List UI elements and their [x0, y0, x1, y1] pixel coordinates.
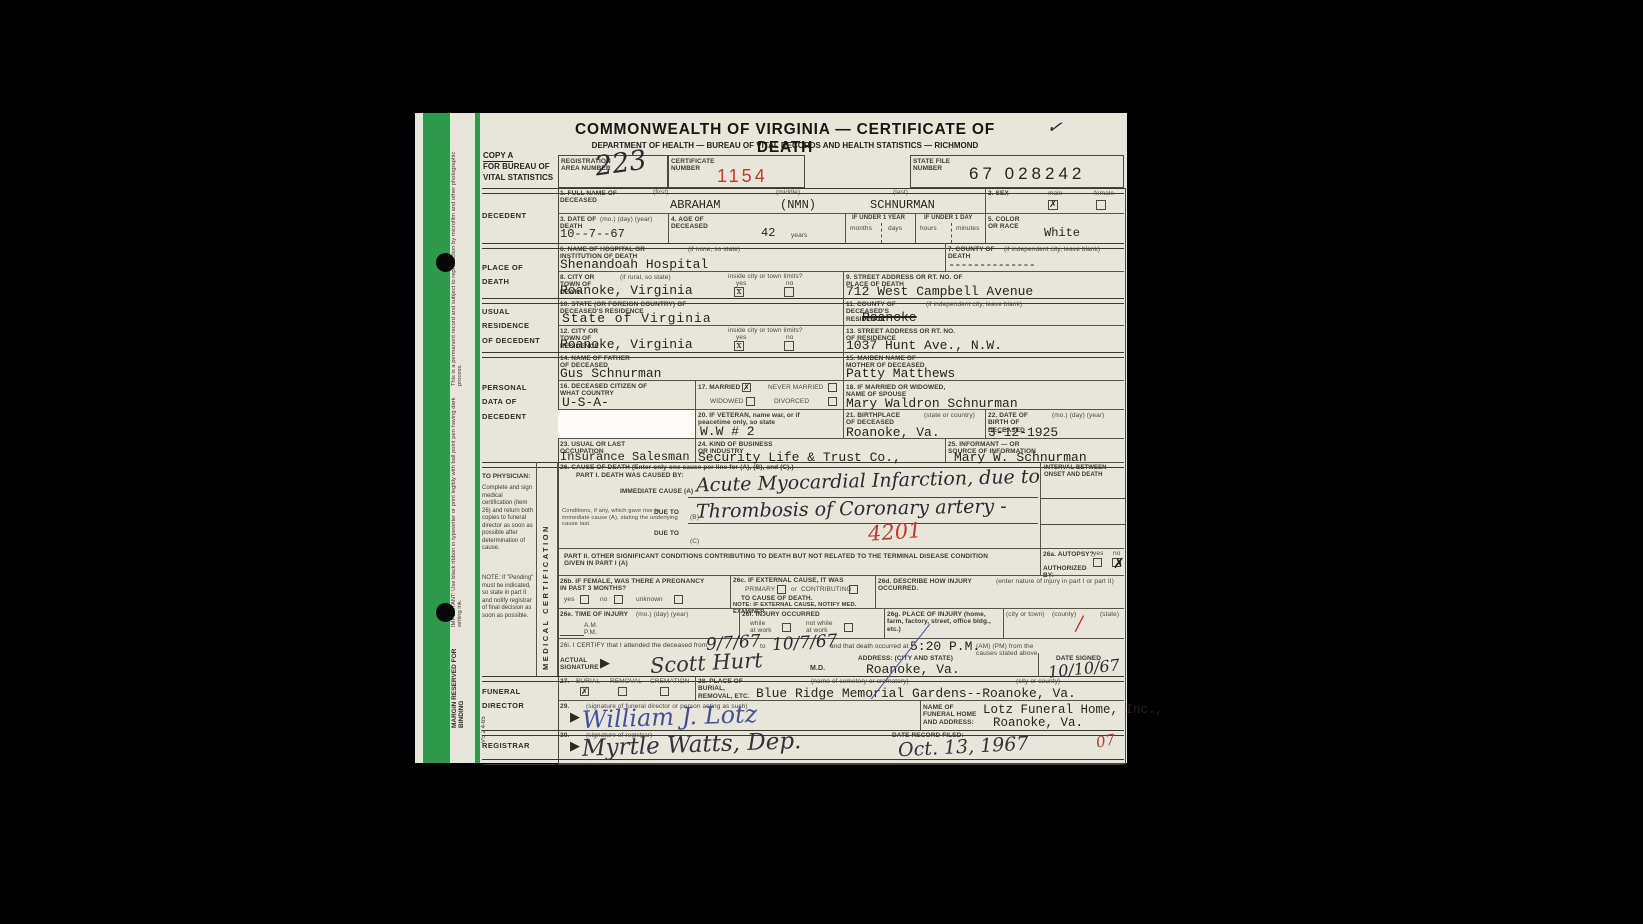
field-external-cause: 26c. IF EXTERNAL CAUSE, IT WAS PRIMARY o… — [730, 575, 875, 608]
interval-rule-2 — [1041, 524, 1125, 525]
county-of-death-hint: (if independent city, leave blank) — [1004, 246, 1100, 253]
married-checkbox: ✗ — [742, 383, 751, 392]
citizen-value: U-S-A- — [562, 395, 609, 410]
under-1-day-label: IF UNDER 1 DAY — [924, 215, 973, 222]
part2-label: PART II. OTHER SIGNIFICANT CONDITIONS CO… — [564, 553, 1004, 568]
never-married-label: NEVER MARRIED — [768, 384, 823, 391]
state-file-label: STATE FILE NUMBER — [913, 158, 953, 173]
widowed-checkbox — [746, 397, 755, 406]
field-occupation: 23. USUAL OR LAST OCCUPATION Insurance S… — [558, 438, 695, 462]
burial-label: BURIAL — [576, 678, 600, 685]
county-residence-hint: (if independent city, leave blank) — [926, 301, 1022, 308]
side-place-1: PLACE OF — [482, 263, 523, 272]
copy-a-sub: FOR BUREAU OF VITAL STATISTICS — [483, 162, 558, 183]
autopsy-label: 26a. AUTOPSY? — [1043, 551, 1094, 558]
injury-occurred-label: 26f. INJURY OCCURRED — [742, 611, 820, 618]
autopsy-yes-label: yes — [1093, 550, 1103, 557]
margin-line2: IMPORTANT: Use black ribbon in typewrite… — [451, 387, 475, 626]
physician-address: Roanoke, Va. — [866, 662, 960, 677]
signature-arrow-icon: ▶ — [570, 709, 580, 725]
place-of-burial-value: Blue Ridge Memorial Gardens--Roanoke, Va… — [756, 686, 1076, 701]
registration-area-box: REGISTRATION AREA NUMBER 223 — [558, 155, 668, 188]
middle-hint: (middle) — [776, 189, 800, 196]
first-name-value: ABRAHAM — [670, 198, 720, 212]
middle-name-value: (NMN) — [780, 198, 816, 212]
funeral-home-name: Lotz Funeral Home, Inc., — [983, 703, 1163, 717]
field-under-1-day: IF UNDER 1 DAY hours minutes — [915, 213, 985, 243]
cause-line-b-value: Thrombosis of Coronary artery - — [696, 495, 1007, 522]
field-funeral-signature: 29. ▶ (signature of funeral director or … — [558, 700, 920, 730]
full-name-label: 1. FULL NAME OF DECEASED — [560, 190, 620, 205]
side-personal-2: DATA OF — [482, 397, 517, 406]
injury-city-label: (city or town) — [1006, 611, 1045, 618]
field-county-of-death: 7. COUNTY OF DEATH (if independent city,… — [945, 243, 1124, 271]
burial-checkbox: ✗ — [580, 687, 589, 696]
color-race-label: 5. COLOR OR RACE — [988, 216, 1023, 231]
binding-margin-text: MARGIN RESERVED FOR BINDING IMPORTANT: U… — [451, 148, 475, 728]
sex-male-checkbox: ✗ — [1048, 200, 1058, 210]
field-city-of-death: 8. CITY OR TOWN OF DEATH (if rural, so s… — [558, 271, 843, 298]
city-county-hint: (city or county) — [1016, 678, 1060, 685]
minutes-label: minutes — [956, 225, 979, 232]
place-of-burial-label: 28. PLACE OF BURIAL, REMOVAL, ETC. — [698, 678, 758, 700]
field-street-residence: 13. STREET ADDRESS OR RT. NO. OF RESIDEN… — [843, 325, 1124, 352]
mother-value: Patty Matthews — [846, 366, 955, 381]
first-hint: (first) — [653, 189, 669, 196]
side-funeral-1: FUNERAL — [482, 687, 521, 696]
binding-green-stripe — [423, 113, 450, 763]
injury-red-slash: / — [1076, 611, 1083, 635]
injury-state-label: (state) — [1100, 611, 1119, 618]
married-label: 17. MARRIED — [698, 384, 740, 391]
city-residence-value: Roanoke, Virginia — [560, 337, 693, 352]
side-res-1: USUAL — [482, 307, 510, 316]
actual-signature-label-2: SIGNATURE — [560, 664, 599, 671]
certify-to-date: 10/7/67 — [771, 631, 838, 656]
registrar-num: 30. — [560, 732, 569, 739]
time-of-injury-hints: (mo.) (day) (year) — [636, 611, 688, 618]
date-of-death-hints: (mo.) (day) (year) — [600, 216, 652, 223]
county-residence-value: Roanoke — [862, 310, 917, 325]
injury-description-hint: (enter nature of injury in part I or par… — [996, 578, 1121, 585]
widowed-label: WIDOWED — [710, 398, 744, 405]
while-at-work-checkbox — [782, 623, 791, 632]
time-rule — [560, 635, 584, 636]
time-of-injury-label: 26e. TIME OF INJURY — [560, 611, 628, 618]
conditions-note: Conditions, if any, which gave rise to i… — [562, 508, 680, 528]
medical-certification-label: MEDICAL CERTIFICATION — [541, 470, 550, 670]
state-residence-value: State of Virginia — [562, 311, 712, 326]
side-pending-note: NOTE: If "Pending" must be indicated, so… — [482, 575, 534, 620]
registration-area-value: 223 — [593, 145, 648, 183]
field-business: 24. KIND OF BUSINESS OR INDUSTRY Securit… — [695, 438, 945, 462]
sex-male-label: male — [1048, 190, 1063, 197]
signature-arrow-icon: ▶ — [600, 655, 610, 671]
injury-description-label: 26d. DESCRIBE HOW INJURY OCCURRED. — [878, 578, 988, 593]
field-disposal: 27. BURIAL ✗ REMOVAL CREMATION — [558, 676, 695, 700]
hospital-hint: (if none, so state) — [688, 246, 740, 253]
limits-yes-checkbox-2: x — [734, 341, 744, 351]
pregnancy-no-label: no — [600, 596, 607, 603]
field-marital-status: 17. MARRIED ✗ NEVER MARRIED WIDOWED DIVO… — [695, 380, 843, 409]
cremation-label: CREMATION — [650, 678, 689, 685]
field-place-of-burial: 28. PLACE OF BURIAL, REMOVAL, ETC. (name… — [695, 676, 1124, 700]
place-of-injury-label: 26g. PLACE OF INJURY (home, farm, factor… — [887, 611, 999, 633]
field-19-redacted — [558, 409, 695, 438]
pregnancy-yes-checkbox — [580, 595, 589, 604]
margin-line3: This is a permanent record and subject t… — [451, 148, 475, 386]
date-of-death-value: 10--7--67 — [560, 227, 625, 241]
or-label: or — [791, 586, 797, 593]
county-of-death-value: -------------- — [948, 258, 1035, 272]
side-personal-3: DECEDENT — [482, 412, 526, 421]
field-registrar-signature: 30. ▶ (signature of registrar) Myrtle Wa… — [558, 730, 1124, 759]
certify-tail: (AM) (PM) from the causes stated above — [976, 643, 1046, 658]
immediate-cause-label: IMMEDIATE CAUSE (A) — [620, 488, 693, 495]
last-hint: (last) — [893, 189, 908, 196]
months-label: months — [850, 225, 872, 232]
line-c-mark: (C) — [690, 538, 699, 545]
due-to-2-label: DUE TO — [654, 530, 679, 537]
never-married-checkbox — [828, 383, 837, 392]
pregnancy-yes-label: yes — [564, 596, 574, 603]
external-cause-label: 26c. IF EXTERNAL CAUSE, IT WAS — [733, 577, 873, 584]
black-backdrop: MARGIN RESERVED FOR BINDING IMPORTANT: U… — [0, 0, 1643, 924]
under-1-year-label: IF UNDER 1 YEAR — [852, 215, 905, 222]
field-color-race: 5. COLOR OR RACE White — [985, 213, 1124, 243]
header-checkmark: ✓ — [1046, 116, 1064, 139]
copy-a: COPY A — [483, 151, 513, 162]
last-name-value: SCHNURMAN — [870, 198, 935, 212]
field-county-residence: 11. COUNTY OF DECEASED'S RESIDENCE (if i… — [843, 298, 1124, 325]
signature-arrow-icon: ▶ — [570, 738, 580, 754]
funeral-home-city: Roanoke, Va. — [993, 716, 1083, 730]
binding-green-stripe-thin — [475, 113, 480, 763]
death-certificate-paper: MARGIN RESERVED FOR BINDING IMPORTANT: U… — [415, 113, 1127, 763]
field-under-1-year: IF UNDER 1 YEAR months days — [845, 213, 915, 243]
not-while-at-work-checkbox — [844, 623, 853, 632]
field-pregnancy: 26b. IF FEMALE, WAS THERE A PREGNANCY IN… — [558, 575, 730, 608]
field-full-name: 1. FULL NAME OF DECEASED (first) (middle… — [558, 188, 985, 213]
margin-line1: MARGIN RESERVED FOR BINDING — [451, 628, 475, 728]
field-certification: 26i. I CERTIFY that I attended the decea… — [558, 638, 1124, 676]
side-place-2: DEATH — [482, 277, 509, 286]
side-decedent: DECEDENT — [482, 209, 554, 223]
injury-county-label: (county) — [1052, 611, 1076, 618]
side-res-2: RESIDENCE — [482, 321, 529, 330]
age-value: 42 — [761, 226, 775, 240]
certificate-number-value: 1154 — [717, 166, 768, 187]
field-state-residence: 10. STATE (OR FOREIGN COUNTRY) OF DECEAS… — [558, 298, 843, 325]
pregnancy-unknown-checkbox — [674, 595, 683, 604]
contributing-checkbox — [849, 585, 858, 594]
state-file-box: STATE FILE NUMBER 67 028242 — [910, 155, 1124, 188]
red-stamp-07: 07 — [1095, 730, 1117, 751]
field-funeral-home: NAME OF FUNERAL HOME AND ADDRESS: Lotz F… — [920, 700, 1124, 730]
sex-label: 2. SEX — [988, 190, 1009, 197]
state-file-value: 67 028242 — [969, 164, 1085, 184]
field-hospital: 6. NAME OF HOSPITAL OR INSTITUTION OF DE… — [558, 243, 945, 271]
autopsy-no-checkbox: ✗ — [1112, 558, 1121, 567]
side-physician-title: TO PHYSICIAN: — [482, 473, 534, 481]
field-father: 14. NAME OF FATHER OF DECEASED Gus Schnu… — [558, 352, 843, 380]
contributing-label: CONTRIBUTING — [801, 586, 852, 593]
limits-yes-checkbox: x — [734, 287, 744, 297]
field-street-of-death: 9. STREET ADDRESS OR RT. NO. OF PLACE OF… — [843, 271, 1124, 298]
interval-column: INTERVAL BETWEEN ONSET AND DEATH — [1040, 462, 1124, 548]
side-registrar: REGISTRAR — [482, 739, 554, 753]
birthplace-hint: (state or country) — [924, 412, 975, 419]
funeral-director-signature: William J. Lotz — [582, 700, 758, 734]
removal-label: REMOVAL — [610, 678, 642, 685]
physician-signature: Scott Hurt — [649, 648, 763, 678]
pregnancy-no-checkbox — [614, 595, 623, 604]
section-divider — [482, 759, 1124, 765]
medical-certification-strip: MEDICAL CERTIFICATION — [536, 462, 558, 676]
field-date-of-birth: 22. DATE OF BIRTH OF DECEASED (mo.) (day… — [985, 409, 1124, 438]
street-residence-value: 1037 Hunt Ave., N.W. — [846, 338, 1002, 353]
field-citizen: 16. DECEASED CITIZEN OF WHAT COUNTRY U-S… — [558, 380, 695, 409]
field-part2: PART II. OTHER SIGNIFICANT CONDITIONS CO… — [558, 548, 1040, 575]
dob-hint: (mo.) (day) (year) — [1052, 412, 1104, 419]
removal-checkbox — [618, 687, 627, 696]
side-physician-note: Complete and sign medical certification … — [482, 485, 534, 553]
side-res-3: OF DECEDENT — [482, 336, 540, 345]
field-date-of-death: 3. DATE OF DEATH (mo.) (day) (year) 10--… — [558, 213, 668, 243]
field-cause-of-death: 26. CAUSE OF DEATH (Enter only one cause… — [558, 462, 1040, 548]
divorced-label: DIVORCED — [774, 398, 809, 405]
part1-label: PART I. DEATH WAS CAUSED BY: — [576, 472, 684, 479]
city-of-death-hint: (if rural, so state) — [620, 274, 671, 281]
field-birthplace: 21. BIRTHPLACE OF DECEASED (state or cou… — [843, 409, 985, 438]
field-veteran: 20. IF VETERAN, name war, or if peacetim… — [695, 409, 843, 438]
hours-label: hours — [920, 225, 937, 232]
field-autopsy: 26a. AUTOPSY? yes no ✗ AUTHORIZED BY: — [1040, 548, 1124, 575]
autopsy-yes-checkbox — [1093, 558, 1102, 567]
copy-label: COPY A FOR BUREAU OF VITAL STATISTICS — [483, 151, 558, 183]
city-of-death-value: Roanoke, Virginia — [560, 283, 693, 298]
hospital-value: Shenandoah Hospital — [560, 257, 708, 272]
limits-no-checkbox-2 — [784, 341, 794, 351]
cause-label: 26. CAUSE OF DEATH (Enter only one cause… — [560, 464, 860, 471]
disposal-num: 27. — [560, 678, 569, 685]
cause-code-value: 4201 — [867, 518, 922, 546]
hole-punch-bottom — [436, 603, 455, 622]
pregnancy-label: 26b. IF FEMALE, WAS THERE A PREGNANCY IN… — [560, 578, 710, 593]
field-place-of-injury: 26g. PLACE OF INJURY (home, farm, factor… — [884, 608, 1003, 638]
field-injury-description: 26d. DESCRIBE HOW INJURY OCCURRED. (ente… — [875, 575, 1124, 608]
interval-rule-1 — [1041, 498, 1125, 499]
side-personal-1: PERSONAL — [482, 383, 527, 392]
limits-no-checkbox — [784, 287, 794, 297]
cause-rule-b — [688, 523, 1038, 524]
sex-female-checkbox — [1096, 200, 1106, 210]
street-of-death-value: 712 West Campbell Avenue — [846, 284, 1033, 299]
primary-checkbox — [777, 585, 786, 594]
field-sex: 2. SEX male ✗ female — [985, 188, 1124, 213]
pregnancy-unknown-label: unknown — [636, 596, 663, 603]
certify-text: 26i. I CERTIFY that I attended the decea… — [560, 642, 707, 649]
field-mother: 15. MAIDEN NAME OF MOTHER OF DECEASED Pa… — [843, 352, 1124, 380]
days-label: days — [888, 225, 902, 232]
certify-occurred: and that death occurred at — [830, 643, 909, 650]
interval-label: INTERVAL BETWEEN ONSET AND DEATH — [1044, 465, 1114, 479]
field-injury-location: (city or town) (county) (state) / — [1003, 608, 1124, 638]
sex-female-label: female — [1094, 190, 1114, 197]
primary-label: PRIMARY — [745, 586, 775, 593]
field-spouse: 18. IF MARRIED OR WIDOWED, NAME OF SPOUS… — [843, 380, 1124, 409]
pm-label: P.M. — [584, 629, 597, 636]
time-of-death-value: 5:20 P.M. — [910, 639, 980, 654]
field-informant: 25. INFORMANT — OR SOURCE OF INFORMATION… — [945, 438, 1124, 462]
cremation-checkbox — [660, 687, 669, 696]
certificate-number-box: CERTIFICATE NUMBER 1154 — [668, 155, 805, 188]
hole-punch-top — [436, 253, 455, 272]
md-label: M.D. — [810, 665, 825, 673]
field-age: 4. AGE OF DECEASED 42 years — [668, 213, 845, 243]
father-value: Gus Schnurman — [560, 366, 661, 381]
funeral-sig-num: 29. — [560, 703, 569, 710]
veteran-value: W.W # 2 — [700, 424, 755, 439]
field-city-residence: 12. CITY OR TOWN OF RESIDENCE inside cit… — [558, 325, 843, 352]
age-unit: years — [791, 232, 807, 239]
cemetery-hint: (name of cemetery or crematory) — [811, 678, 909, 685]
color-race-value: White — [1044, 226, 1080, 240]
funeral-home-label: NAME OF FUNERAL HOME AND ADDRESS: — [923, 704, 978, 726]
divorced-checkbox — [828, 397, 837, 406]
age-label: 4. AGE OF DECEASED — [671, 216, 716, 231]
side-funeral-2: DIRECTOR — [482, 701, 524, 710]
